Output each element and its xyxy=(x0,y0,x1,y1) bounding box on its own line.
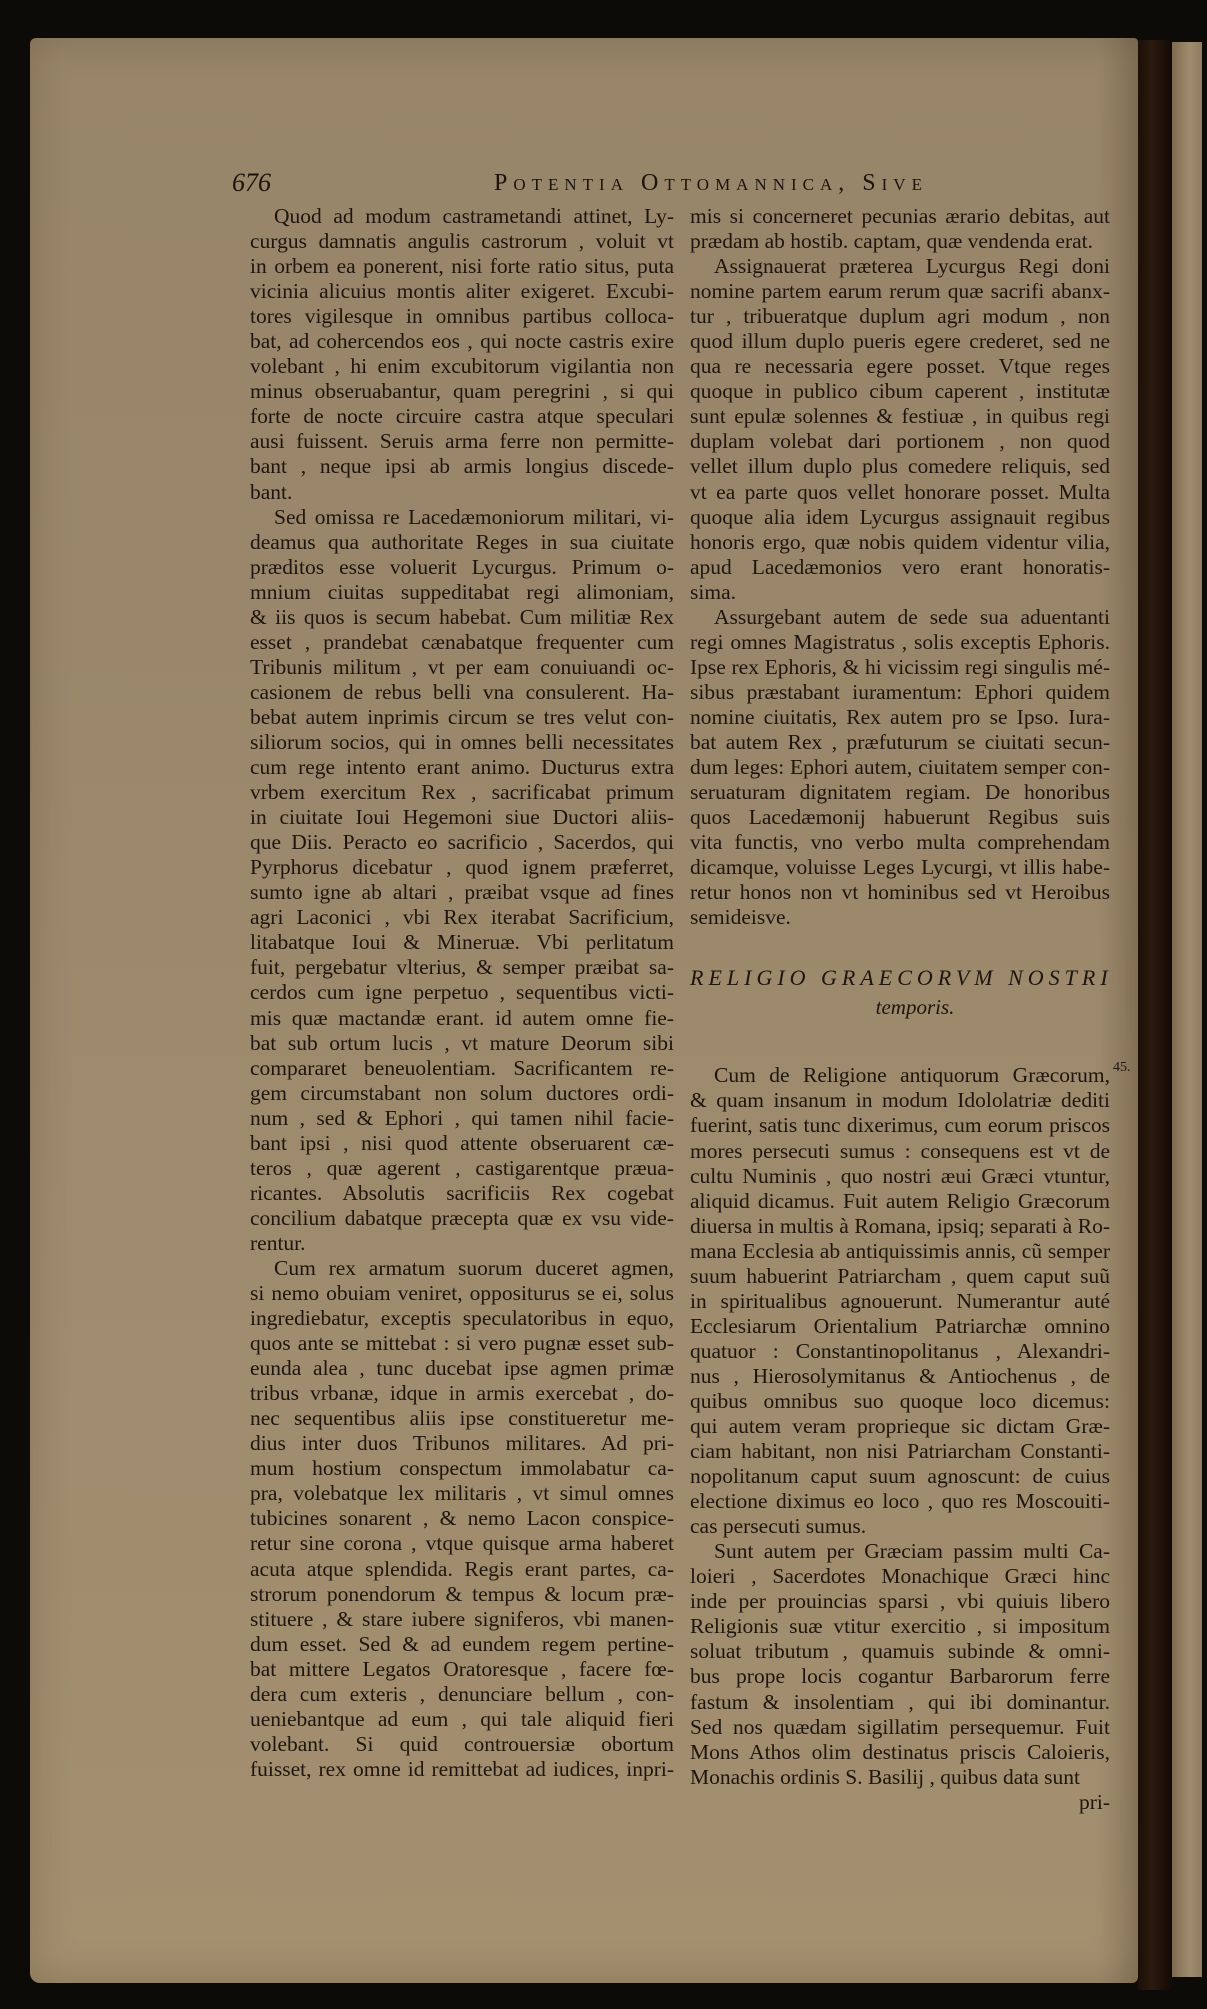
text-line: honoris ergo, quæ nobis quidem videntur … xyxy=(690,530,1110,555)
text-line: esset , prandebat cænabatque frequenter … xyxy=(250,630,674,655)
text-line: cerdos cum igne perpetuo , sequentibus v… xyxy=(250,980,674,1005)
text-line: fuerint, satis tunc dixerimus, cum eorum… xyxy=(690,1113,1110,1138)
text-line: Mons Athos olim destinatus priscis Caloi… xyxy=(690,1740,1110,1765)
text-line: vellet illum duplo plus comedere reliqui… xyxy=(690,454,1110,479)
text-line: qua re necessaria egere posset. Vtque re… xyxy=(690,354,1110,379)
text-line: præditos esse voluerit Lycurgus. Primum … xyxy=(250,555,674,580)
text-line: pra, volebatque lex militaris , vt simul… xyxy=(250,1481,674,1506)
text-line: Quod ad modum castrametandi attinet, Ly- xyxy=(250,204,674,229)
text-line: mana Ecclesia ab antiquissimis annis, cũ… xyxy=(690,1239,1110,1264)
text-line: Assurgebant autem de sede sua aduentanti xyxy=(690,605,1110,630)
text-line: litabatque Ioui & Mineruæ. Vbi perlitatu… xyxy=(250,930,674,955)
text-line: fastum & insolentiam , qui ibi dominantu… xyxy=(690,1690,1110,1715)
text-line: eunda alea , tunc ducebat ipse agmen pri… xyxy=(250,1356,674,1381)
text-line: siliorum socios, qui in omnes belli nece… xyxy=(250,730,674,755)
text-line: mnium ciuitas suppeditabat regi alimonia… xyxy=(250,580,674,605)
text-line: compararet beneuolentiam. Sacrificantem … xyxy=(250,1056,674,1081)
text-line: volebant. Si quid controuersiæ obortum xyxy=(250,1732,674,1757)
text-line: bat, ad cohercendos eos , qui nocte cast… xyxy=(250,329,674,354)
text-line: curgus damnatis angulis castrorum , volu… xyxy=(250,229,674,254)
text-line: in ciuitate Ioui Hegemoni siue Ductori a… xyxy=(250,805,674,830)
text-line: Sunt autem per Græciam passim multi Ca- xyxy=(690,1539,1110,1564)
text-line: prædam ab hostib. captam, quæ vendenda e… xyxy=(690,229,1110,254)
text-line: bat autem Rex , præfuturum se ciuitati s… xyxy=(690,730,1110,755)
text-line: stituere , & stare iubere signiferos, vb… xyxy=(250,1607,674,1632)
text-line: seruaturam dignitatem regiam. De honorib… xyxy=(690,780,1110,805)
right-column: mis si concerneret pecunias ærario debit… xyxy=(690,204,1110,1815)
text-line: ciam habitant, non nisi Patriarcham Cons… xyxy=(690,1439,1110,1464)
text-line: mis quæ mactandæ erant. id autem omne fi… xyxy=(250,1006,674,1031)
text-line: nopolitanum caput suum agnoscunt: de cui… xyxy=(690,1464,1110,1489)
running-title: Potentia Ottomannica, Sive xyxy=(494,170,928,197)
text-line: duplam volebat dari portionem , non quod xyxy=(690,429,1110,454)
text-line: tubicines sonarent , & nemo Lacon conspi… xyxy=(250,1506,674,1531)
text-line: quoque in publico cibum caperent , insti… xyxy=(690,379,1110,404)
section-heading: RELIGIO GRAECORVM NOSTRI xyxy=(690,963,1110,993)
text-line: volebant , hi enim excubitorum vigilanti… xyxy=(250,354,674,379)
text-line: Ipse rex Ephoris, & hi vicissim regi sin… xyxy=(690,655,1110,680)
text-line: bat mittere Legatos Oratoresque , facere… xyxy=(250,1657,674,1682)
text-line: dera cum exteris , denunciare bellum , c… xyxy=(250,1682,674,1707)
text-line: regi omnes Magistratus , solis exceptis … xyxy=(690,630,1110,655)
text-line: fuit, pergebatur vlterius, & semper præi… xyxy=(250,955,674,980)
text-line: suum habuerint Patriarcham , quem caput … xyxy=(690,1264,1110,1289)
text-line: dum leges: Ephori autem, ciuitatem sempe… xyxy=(690,755,1110,780)
text-line: ingrediebatur, exceptis speculatoribus i… xyxy=(250,1306,674,1331)
text-line: in spiritualibus agnouerunt. Numerantur … xyxy=(690,1289,1110,1314)
text-line: Tribunis militum , vt per eam conuiuandi… xyxy=(250,655,674,680)
text-line: tores vigilesque in omnibus partibus col… xyxy=(250,304,674,329)
text-line: ausi fuissent. Seruis arma ferre non per… xyxy=(250,429,674,454)
text-line: Cum de Religione antiquorum Græcorum, xyxy=(690,1063,1110,1088)
catchword: pri- xyxy=(690,1790,1110,1815)
text-line: nomine partem earum rerum quæ sacrifi ab… xyxy=(690,279,1110,304)
text-line: mum hostium conspectum immolabatur ca- xyxy=(250,1456,674,1481)
text-line: & iis quos is secum habebat. Cum militiæ… xyxy=(250,605,674,630)
text-line: bant ipsi , nisi quod attente obseruaren… xyxy=(250,1131,674,1156)
text-line: mis si concerneret pecunias ærario debit… xyxy=(690,204,1110,229)
text-line: mores persecuti sumus : consequens est v… xyxy=(690,1139,1110,1164)
text-line: num , sed & Ephori , qui tamen nihil fac… xyxy=(250,1106,674,1131)
text-line: Monachis ordinis S. Basilij , quibus dat… xyxy=(690,1765,1110,1790)
text-line: concilium dabatque præcepta quæ ex vsu v… xyxy=(250,1206,674,1231)
text-line: apud Lacedæmonios vero erant honoratis- xyxy=(690,555,1110,580)
text-line: vicinia alicuius montis aliter exigeret.… xyxy=(250,279,674,304)
text-line: sumto igne ab altari , præibat vsque ad … xyxy=(250,880,674,905)
text-line: deamus qua authoritate Reges in sua ciui… xyxy=(250,530,674,555)
text-line: sima. xyxy=(690,580,1110,605)
text-line: nec sequentibus aliis ipse constitueretu… xyxy=(250,1406,674,1431)
text-line: forte de nocte circuire castra atque spe… xyxy=(250,404,674,429)
text-line: Pyrphorus dicebatur , quod ignem præferr… xyxy=(250,855,674,880)
text-line: retur honos non vt hominibus sed vt Hero… xyxy=(690,880,1110,905)
text-line: quoque alia idem Lycurgus assignauit reg… xyxy=(690,505,1110,530)
page-number: 676 xyxy=(232,168,271,198)
text-line: Sed omissa re Lacedæmoniorum militari, v… xyxy=(250,505,674,530)
text-line: que Diis. Peracto eo sacrificio , Sacerd… xyxy=(250,830,674,855)
text-line: rentur. xyxy=(250,1231,674,1256)
text-line: minus obseruabantur, quam peregrini , si… xyxy=(250,379,674,404)
text-line: fuisset, rex omne id remittebat ad iudic… xyxy=(250,1757,674,1782)
text-line: loieri , Sacerdotes Monachique Græci hin… xyxy=(690,1564,1110,1589)
text-line: dum esset. Sed & ad eundem regem pertine… xyxy=(250,1632,674,1657)
section-subheading: temporis. xyxy=(690,993,1110,1021)
text-line: Sed nos quædam sigillatim persequemur. F… xyxy=(690,1715,1110,1740)
text-line: gem circumstabant non solum ductores ord… xyxy=(250,1081,674,1106)
text-line: dicamque, voluisse Leges Lycurgi, vt ill… xyxy=(690,855,1110,880)
text-line: si nemo obuiam veniret, oppositurus se e… xyxy=(250,1281,674,1306)
text-line: sibus præstabant iuramentum: Ephori quid… xyxy=(690,680,1110,705)
text-line: bat sub ortum lucis , vt mature Deorum s… xyxy=(250,1031,674,1056)
text-line: vt ea parte quos vellet honorare posset.… xyxy=(690,480,1110,505)
text-line: sunt epulæ solennes & festiuæ , in quibu… xyxy=(690,404,1110,429)
margin-note: 45. xyxy=(1113,1060,1131,1076)
spacer xyxy=(690,930,1110,963)
text-line: vita functis, vno verbo multa comprehend… xyxy=(690,830,1110,855)
text-line: strorum ponendorum & tempus & locum præ- xyxy=(250,1582,674,1607)
spacer xyxy=(690,1021,1110,1063)
text-line: bant , neque ipsi ab armis longius disce… xyxy=(250,454,674,479)
text-line: nomine ciuitatis, Rex autem pro se Ipso.… xyxy=(690,705,1110,730)
text-line: casionem de rebus belli vna consulerent.… xyxy=(250,680,674,705)
text-line: ueniebantque ad eum , qui tale aliquid f… xyxy=(250,1707,674,1732)
text-line: Assignauerat præterea Lycurgus Regi doni xyxy=(690,254,1110,279)
text-line: soluat tributum , quamuis subinde & omni… xyxy=(690,1639,1110,1664)
text-line: quibus omnibus suo quoque loco dicemus: xyxy=(690,1389,1110,1414)
text-line: teros , quæ agerent , castigarentque præ… xyxy=(250,1156,674,1181)
text-line: quod illum duplo pueris egere crederet, … xyxy=(690,329,1110,354)
page-header: 676 Potentia Ottomannica, Sive xyxy=(232,168,1112,204)
text-line: electione diximus eo loco , quo res Mosc… xyxy=(690,1489,1110,1514)
text-line: Ecclesiarum Orientalium Patriarchæ omnin… xyxy=(690,1314,1110,1339)
text-line: quatuor : Constantinopolitanus , Alexand… xyxy=(690,1339,1110,1364)
text-line: bebat autem inprimis circum se tres velu… xyxy=(250,705,674,730)
text-line: Religionis suæ vtitur exercitio , si imp… xyxy=(690,1614,1110,1639)
book-gutter xyxy=(1138,40,1172,1990)
text-line: dius inter duos Tribunos militares. Ad p… xyxy=(250,1431,674,1456)
text-line: & quam insanum in modum Idololatriæ dedi… xyxy=(690,1088,1110,1113)
text-line: qui autem veram proprieque sic dictam Gr… xyxy=(690,1414,1110,1439)
text-line: diuersa in multis à Romana, ipsiq; separ… xyxy=(690,1214,1110,1239)
text-line: Cum rex armatum suorum duceret agmen, xyxy=(250,1256,674,1281)
text-line: retur sine corona , vtque quisque arma h… xyxy=(250,1531,674,1556)
left-column: Quod ad modum castrametandi attinet, Ly-… xyxy=(250,204,674,1782)
text-line: agri Laconici , vbi Rex iterabat Sacrifi… xyxy=(250,905,674,930)
text-line: tribus vrbanæ, idque in armis exercebat … xyxy=(250,1381,674,1406)
text-line: acuta atque splendida. Regis erant parte… xyxy=(250,1557,674,1582)
text-line: cum rege intento erant animo. Ducturus e… xyxy=(250,755,674,780)
text-line: bus prope locis cogantur Barbarorum ferr… xyxy=(690,1664,1110,1689)
facing-page-edge xyxy=(1172,42,1202,1977)
text-line: tur , tribueratque duplum agri modum , n… xyxy=(690,304,1110,329)
text-line: cas persecuti sumus. xyxy=(690,1514,1110,1539)
text-line: nus , Hierosolymitanus & Antiochenus , d… xyxy=(690,1364,1110,1389)
text-line: ricantes. Absolutis sacrificiis Rex coge… xyxy=(250,1181,674,1206)
text-line: semideisve. xyxy=(690,905,1110,930)
text-line: in orbem ea ponerent, nisi forte ratio s… xyxy=(250,254,674,279)
text-line: quos Lacedæmonij habuerunt Regibus suis xyxy=(690,805,1110,830)
text-line: vrbem exercitum Rex , sacrificabat primu… xyxy=(250,780,674,805)
text-line: inde per prouincias sparsi , vbi quiuis … xyxy=(690,1589,1110,1614)
text-line: aliquid dicamus. Fuit autem Religio Græc… xyxy=(690,1189,1110,1214)
text-line: cultu Numinis , quo nostri æui Græci vtu… xyxy=(690,1164,1110,1189)
text-line: bant. xyxy=(250,480,674,505)
text-line: quos ante se mittebat : si vero pugnæ es… xyxy=(250,1331,674,1356)
